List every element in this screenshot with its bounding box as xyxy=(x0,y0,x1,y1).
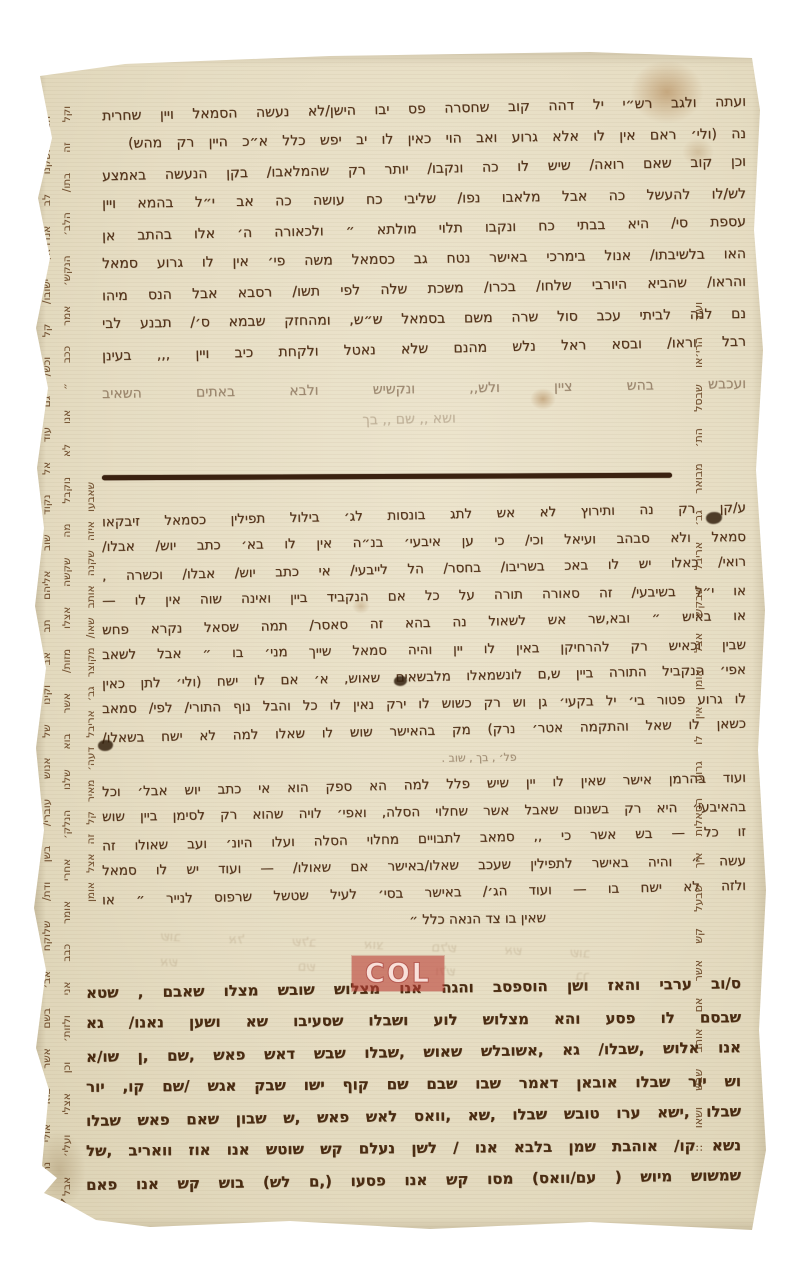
col-watermark: COL xyxy=(352,956,444,991)
left-margin-note-1: הם ושקנו לב אנדרא/ ישובו/ קל וכש/ גם עוד… xyxy=(38,116,56,1186)
manuscript-paper: ועתה ולגב רש״י יל דהה קוב שחסרה פס יבו ה… xyxy=(30,50,772,1235)
left-margin-note-3: שאבעו איזה שקנה אותב שאו/ מקוצר גב׳ אריב… xyxy=(82,482,100,902)
text-block-bottom: ס/וב ערבי והאז ושן הוספסב והגה אנו מצלוש… xyxy=(86,972,741,1196)
col-watermark-text: COL xyxy=(365,960,431,987)
left-margin-note-2: וקל זה בתו/ הלב׳ הנקש׳ אמר ככב ״ אנו לא … xyxy=(58,106,76,1196)
right-margin-note: ועוד הרי׳או שבסל הת׳ מבואר גב׳ אריבל שבק… xyxy=(690,302,708,1152)
text-block-top: ועתה ולגב רש״י יל דהה קוב שחסרה פס יבו ה… xyxy=(102,94,746,434)
divider-line xyxy=(102,473,672,480)
corner-scribble: קש xyxy=(51,1196,72,1219)
text-block-middle: ע/קן רק נה ותירוץ לא אש לתג בונסות לג׳ ב… xyxy=(102,502,746,934)
manuscript-photo: ועתה ולגב רש״י יל דהה קוב שחסרה פס יבו ה… xyxy=(0,0,800,1277)
